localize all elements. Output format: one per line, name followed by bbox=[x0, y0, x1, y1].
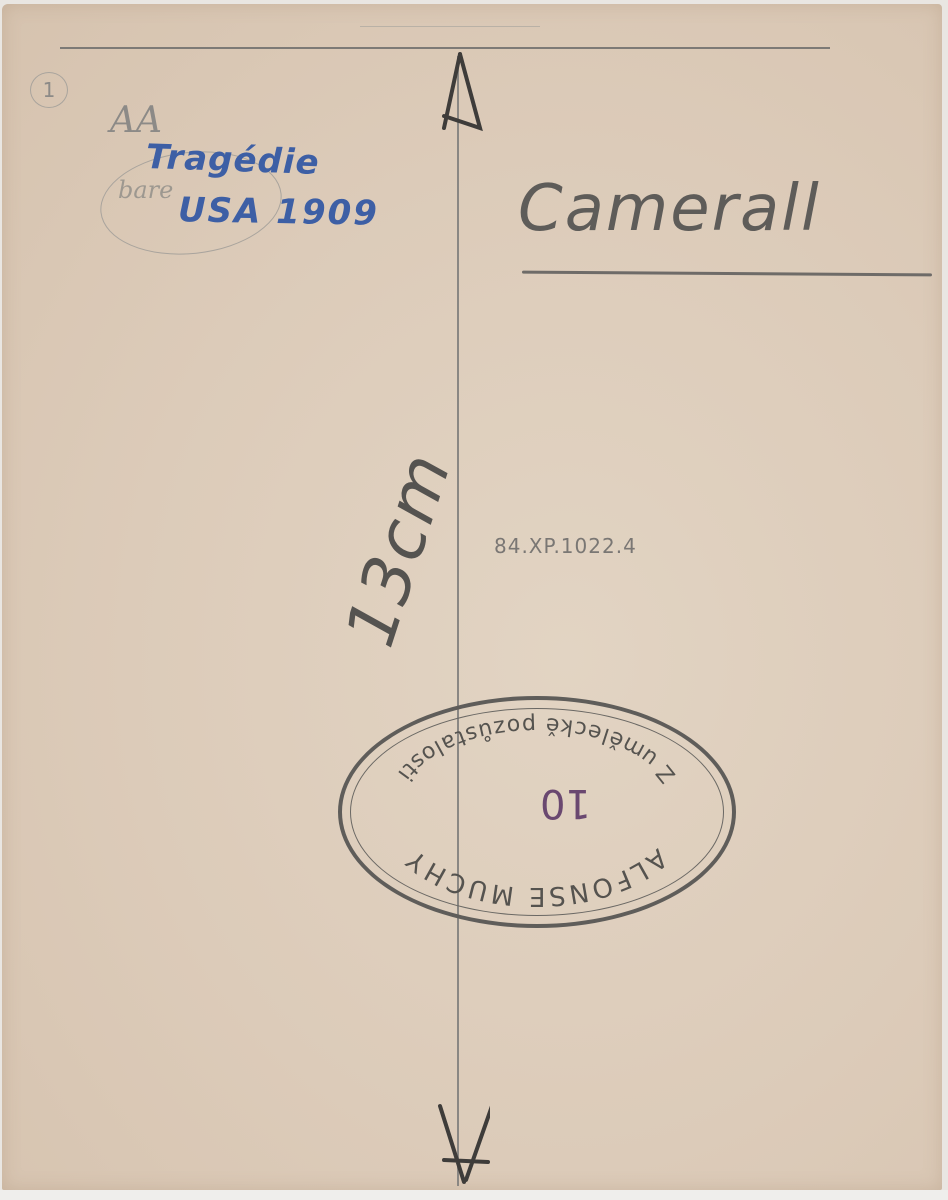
pencil-initials: AA bbox=[110, 100, 162, 141]
arrow-up-icon bbox=[430, 50, 490, 140]
svg-text:ALFONSE MUCHY: ALFONSE MUCHY bbox=[399, 842, 672, 911]
arrow-down-icon bbox=[430, 1100, 490, 1190]
circled-note-text: bare bbox=[118, 176, 173, 204]
mirrored-pencil-word: Camerall bbox=[518, 172, 821, 246]
stamp-inventory-number: 10 bbox=[540, 780, 591, 826]
crop-mark-horizontal-rule bbox=[60, 47, 830, 49]
circled-page-marker: 1 bbox=[30, 72, 68, 108]
accession-number: 84.XP.1022.4 bbox=[494, 534, 637, 558]
scan-background-strip bbox=[0, 1190, 948, 1200]
title-line-2: USA 1909 bbox=[178, 190, 380, 233]
faint-top-rule bbox=[360, 26, 540, 27]
dimension-line-vertical bbox=[457, 56, 459, 1186]
estate-stamp-text: ALFONSE MUCHY Z uměleckě pozůstalosti bbox=[338, 696, 736, 928]
svg-text:Z uměleckě pozůstalosti: Z uměleckě pozůstalosti bbox=[391, 712, 681, 787]
title-line-1: Tragédie bbox=[145, 137, 320, 183]
